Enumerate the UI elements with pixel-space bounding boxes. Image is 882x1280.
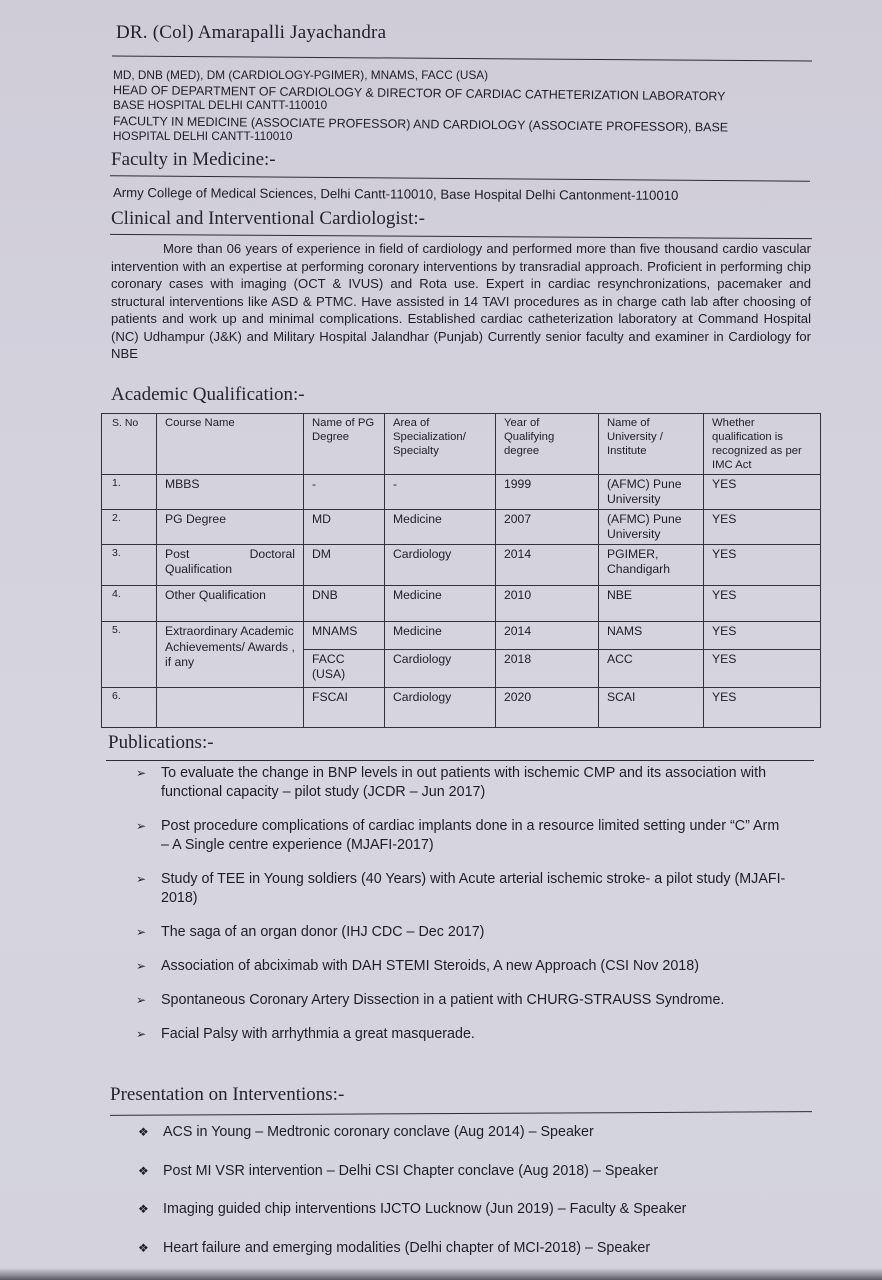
cell-course: MBBS [157,475,304,510]
cell-university: PGIMER, Chandigarh [599,545,704,586]
list-item: ❖ACS in Young – Medtronic coronary concl… [138,1123,823,1142]
arrow-bullet-icon: ➢ [136,991,146,1010]
cell-recognized: YES [704,688,821,728]
cell-course [157,688,304,728]
cell-degree: FSCAI [304,688,385,728]
cell-degree: - [304,475,385,510]
arrow-bullet-icon: ➢ [136,870,146,889]
document-page: DR. (Col) Amarapalli Jayachandra MD, DNB… [0,0,882,1280]
cell-year: 2014 [496,622,599,650]
cell-recognized: YES [704,622,821,650]
publication-text: Study of TEE in Young soldiers (40 Years… [161,871,785,906]
cell-university: ACC [599,650,704,688]
section-title-clinical: Clinical and Interventional Cardiologist… [111,208,425,230]
col-sno: S. No [102,414,157,475]
list-item: ❖Imaging guided chip interventions IJCTO… [138,1200,823,1219]
publication-text: Association of abciximab with DAH STEMI … [161,958,699,974]
arrow-bullet-icon: ➢ [136,817,146,836]
clinical-text: More than 06 years of experience in fiel… [111,241,811,361]
cell-sno: 2. [102,510,157,545]
list-item: ❖Heart failure and emerging modalities (… [138,1239,823,1258]
faculty-institution: Army College of Medical Sciences, Delhi … [113,185,678,203]
cell-degree: DNB [304,586,385,622]
cell-course: Extraordinary Academic Achievements/ Awa… [157,622,304,688]
cell-year: 2018 [496,650,599,688]
cell-sno: 3. [102,545,157,586]
diamond-bullet-icon: ❖ [138,1239,149,1258]
cell-area: Medicine [385,510,496,545]
cell-area: Medicine [385,622,496,650]
cell-area: - [385,475,496,510]
publication-text: The saga of an organ donor (IHJ CDC – De… [161,924,484,940]
list-item: ➢The saga of an organ donor (IHJ CDC – D… [136,923,791,942]
cell-year: 2010 [496,586,599,622]
table-row: 1. MBBS - - 1999 (AFMC) Pune University … [102,475,821,510]
cell-recognized: YES [704,545,821,586]
col-degree: Name of PG Degree [304,414,385,475]
cell-year: 1999 [496,475,599,510]
table-row: 2. PG Degree MD Medicine 2007 (AFMC) Pun… [102,510,821,545]
divider [110,175,810,181]
divider [110,234,812,239]
cell-recognized: YES [704,586,821,622]
cell-year: 2014 [496,545,599,586]
list-item: ➢Association of abciximab with DAH STEMI… [136,957,791,976]
cell-area: Cardiology [385,650,496,688]
section-title-presentations: Presentation on Interventions:- [110,1084,344,1106]
cell-degree: MNAMS [304,622,385,650]
cell-year: 2007 [496,510,599,545]
section-title-academic: Academic Qualification:- [111,384,305,406]
hospital-line-2: HOSPITAL DELHI CANTT-110010 [113,129,292,143]
col-year: Year of Qualifying degree [496,414,599,475]
table-row: 3. Post Doctoral Qualification DM Cardio… [102,545,821,586]
cell-university: NAMS [599,622,704,650]
divider [112,56,812,62]
publication-text: Spontaneous Coronary Artery Dissection i… [161,992,724,1008]
publication-text: Facial Palsy with arrhythmia a great mas… [161,1026,475,1042]
presentation-text: ACS in Young – Medtronic coronary concla… [163,1124,594,1140]
publications-list: ➢To evaluate the change in BNP levels in… [136,764,791,1044]
cell-area: Cardiology [385,545,496,586]
cell-sno: 1. [102,475,157,510]
col-area: Area of Specialization/ Specialty [385,414,496,475]
divider [110,1111,812,1116]
publication-text: To evaluate the change in BNP levels in … [161,765,766,800]
col-recognized: Whether qualification is recognized as p… [704,414,821,475]
list-item: ➢Study of TEE in Young soldiers (40 Year… [136,870,791,908]
cell-recognized: YES [704,650,821,688]
cell-sno: 6. [102,688,157,728]
cell-course: Other Qualification [157,586,304,622]
col-university: Name of University / Institute [599,414,704,475]
cell-university: SCAI [599,688,704,728]
cell-degree: MD [304,510,385,545]
table-row: 6. FSCAI Cardiology 2020 SCAI YES [102,688,821,728]
presentation-text: Imaging guided chip interventions IJCTO … [163,1201,686,1217]
arrow-bullet-icon: ➢ [136,957,146,976]
col-course: Course Name [157,414,304,475]
section-title-faculty: Faculty in Medicine:- [111,149,276,171]
doctor-name: DR. (Col) Amarapalli Jayachandra [116,22,386,44]
cell-degree: DM [304,545,385,586]
arrow-bullet-icon: ➢ [136,764,146,783]
table-row: 5. Extraordinary Academic Achievements/ … [102,622,821,650]
diamond-bullet-icon: ❖ [138,1162,149,1181]
arrow-bullet-icon: ➢ [136,923,146,942]
cell-university: (AFMC) Pune University [599,475,704,510]
cell-university: NBE [599,586,704,622]
arrow-bullet-icon: ➢ [136,1025,146,1044]
list-item: ➢To evaluate the change in BNP levels in… [136,764,791,802]
cell-sno: 5. [102,622,157,688]
section-title-publications: Publications:- [108,732,214,754]
presentations-list: ❖ACS in Young – Medtronic coronary concl… [138,1123,823,1277]
presentation-text: Post MI VSR intervention – Delhi CSI Cha… [163,1163,658,1179]
cell-area: Cardiology [385,688,496,728]
table-header-row: S. No Course Name Name of PG Degree Area… [102,414,821,475]
cell-area: Medicine [385,586,496,622]
cell-degree: FACC (USA) [304,650,385,688]
table-row: 4. Other Qualification DNB Medicine 2010… [102,586,821,622]
list-item: ➢Spontaneous Coronary Artery Dissection … [136,991,791,1010]
hospital-line: BASE HOSPITAL DELHI CANTT-110010 [113,98,327,112]
clinical-description: More than 06 years of experience in fiel… [111,240,811,363]
cell-course: Post Doctoral Qualification [157,545,304,586]
list-item: ❖Post MI VSR intervention – Delhi CSI Ch… [138,1162,823,1181]
credentials-line: MD, DNB (MED), DM (CARDIOLOGY-PGIMER), M… [113,68,488,82]
cell-year: 2020 [496,688,599,728]
divider [106,760,814,761]
list-item: ➢Facial Palsy with arrhythmia a great ma… [136,1025,791,1044]
diamond-bullet-icon: ❖ [138,1200,149,1219]
publication-text: Post procedure complications of cardiac … [161,818,779,853]
presentation-text: Heart failure and emerging modalities (D… [163,1240,650,1256]
cell-course: PG Degree [157,510,304,545]
list-item: ➢Post procedure complications of cardiac… [136,817,791,855]
cell-recognized: YES [704,510,821,545]
cell-sno: 4. [102,586,157,622]
qualification-table: S. No Course Name Name of PG Degree Area… [101,413,821,728]
cell-recognized: YES [704,475,821,510]
diamond-bullet-icon: ❖ [138,1123,149,1142]
cell-university: (AFMC) Pune University [599,510,704,545]
